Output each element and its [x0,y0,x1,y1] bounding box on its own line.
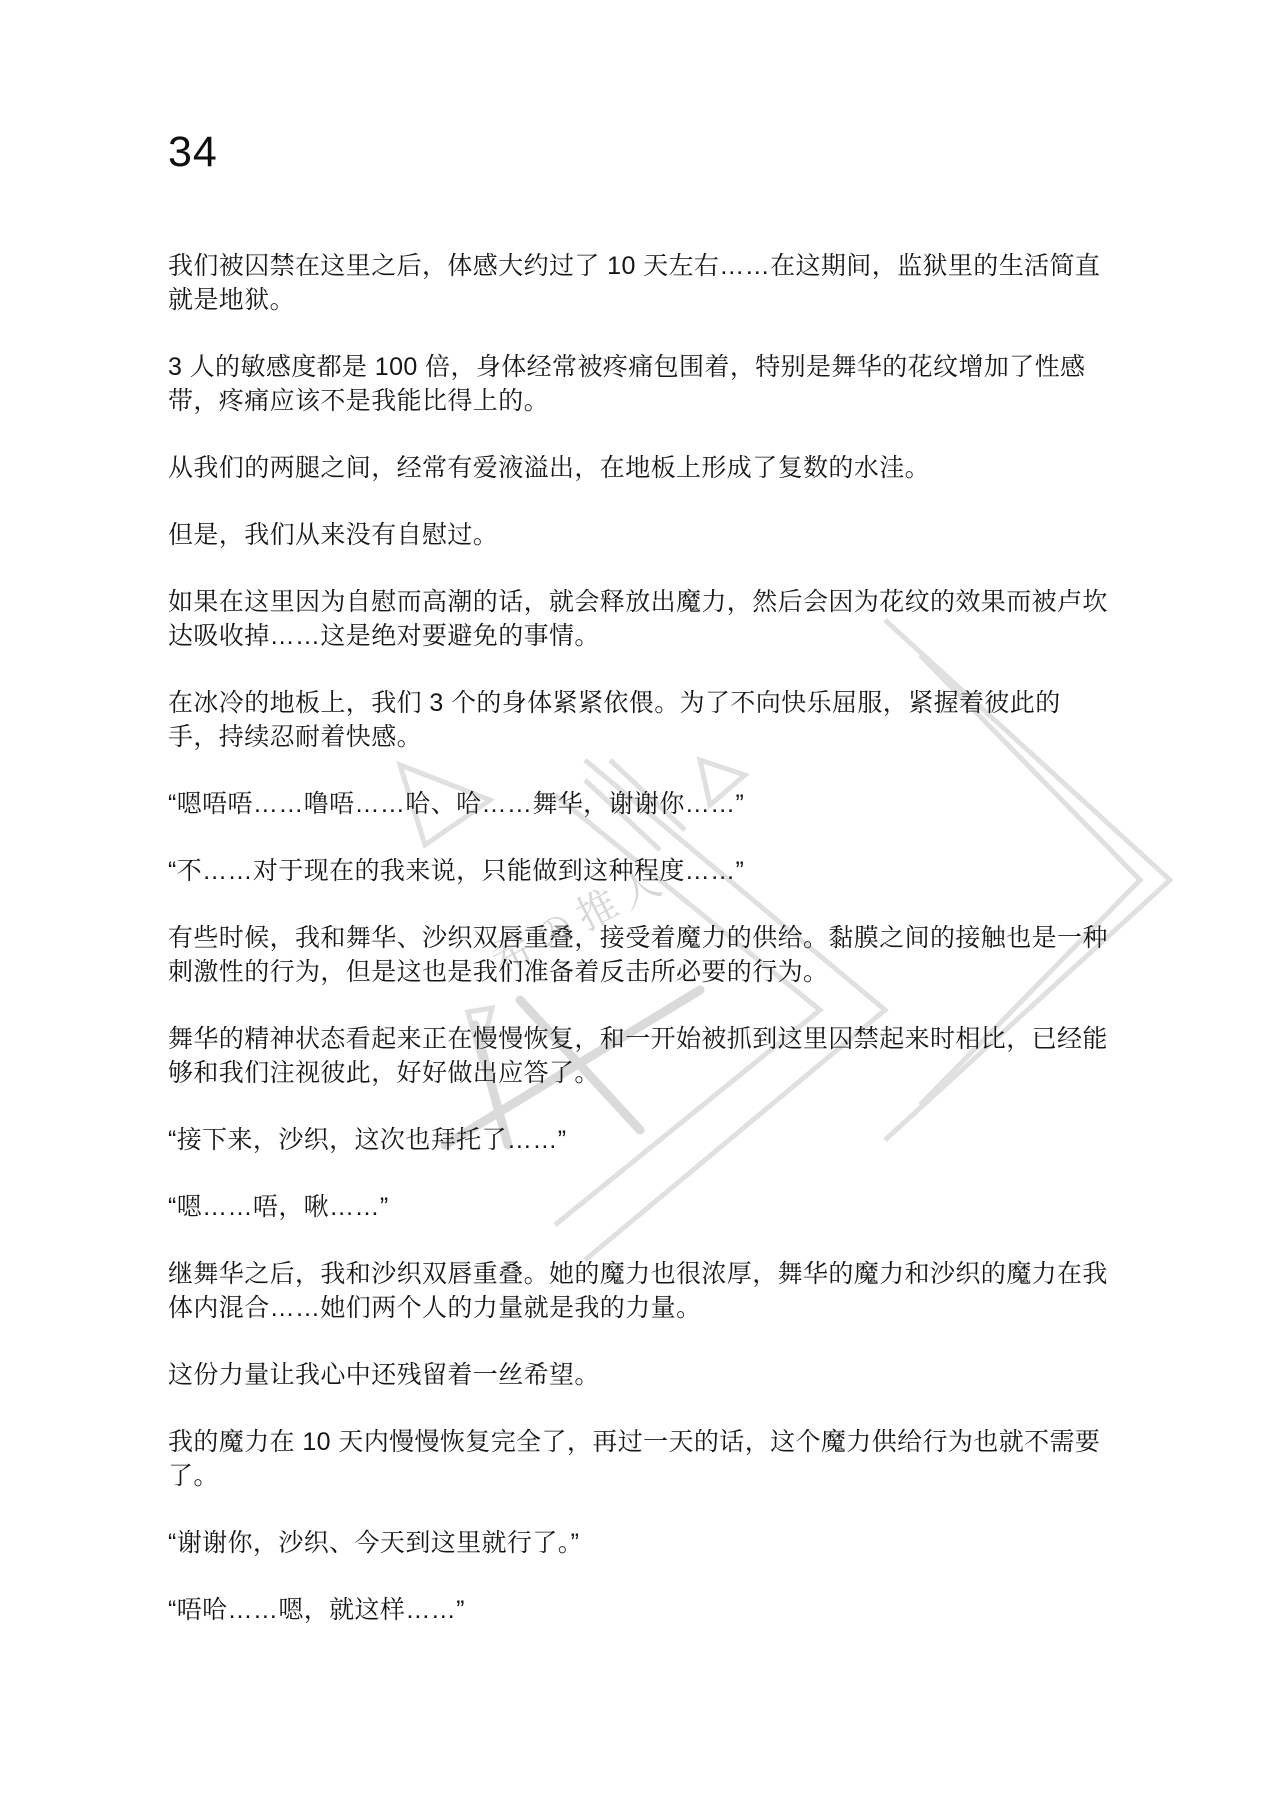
dialogue-line: “唔哈……嗯，就这样……” [168,1593,1108,1627]
paragraph: 在冰冷的地板上，我们 3 个的身体紧紧依偎。为了不向快乐屈服，紧握着彼此的手，持… [168,686,1108,754]
dialogue-line: “接下来，沙织，这次也拜托了……” [168,1123,1108,1157]
paragraph: 我们被囚禁在这里之后，体感大约过了 10 天左右……在这期间，监狱里的生活简直就… [168,249,1108,317]
page-body: 我们被囚禁在这里之后，体感大约过了 10 天左右……在这期间，监狱里的生活简直就… [168,249,1120,1627]
paragraph: 如果在这里因为自慰而高潮的话，就会释放出魔力，然后会因为花纹的效果而被卢坎达吸收… [168,585,1108,653]
paragraph: 这份力量让我心中还残留着一丝希望。 [168,1358,1108,1392]
paragraph: 舞华的精神状态看起来正在慢慢恢复，和一开始被抓到这里囚禁起来时相比，已经能够和我… [168,1022,1108,1090]
dialogue-line: “嗯……唔，啾……” [168,1190,1108,1224]
document-page: 34 我们被囚禁在这里之后，体感大约过了 10 天左右……在这期间，监狱里的生活… [0,0,1280,1627]
dialogue-line: “嗯唔唔……噜唔……哈、哈……舞华，谢谢你……” [168,787,1108,821]
paragraph: 继舞华之后，我和沙织双唇重叠。她的魔力也很浓厚，舞华的魔力和沙织的魔力在我体内混… [168,1257,1108,1325]
chapter-number: 34 [168,128,1120,177]
dialogue-line: “不……对于现在的我来说，只能做到这种程度……” [168,854,1108,888]
paragraph: 3 人的敏感度都是 100 倍，身体经常被疼痛包围着，特别是舞华的花纹增加了性感… [168,350,1108,418]
paragraph: 从我们的两腿之间，经常有爱液溢出，在地板上形成了复数的水洼。 [168,451,1108,485]
paragraph: 但是，我们从来没有自慰过。 [168,518,1108,552]
dialogue-line: “谢谢你，沙织、今天到这里就行了。” [168,1526,1108,1560]
paragraph: 我的魔力在 10 天内慢慢恢复完全了，再过一天的话，这个魔力供给行为也就不需要了… [168,1425,1108,1493]
paragraph: 有些时候，我和舞华、沙织双唇重叠，接受着魔力的供给。黏膜之间的接触也是一种刺激性… [168,921,1108,989]
